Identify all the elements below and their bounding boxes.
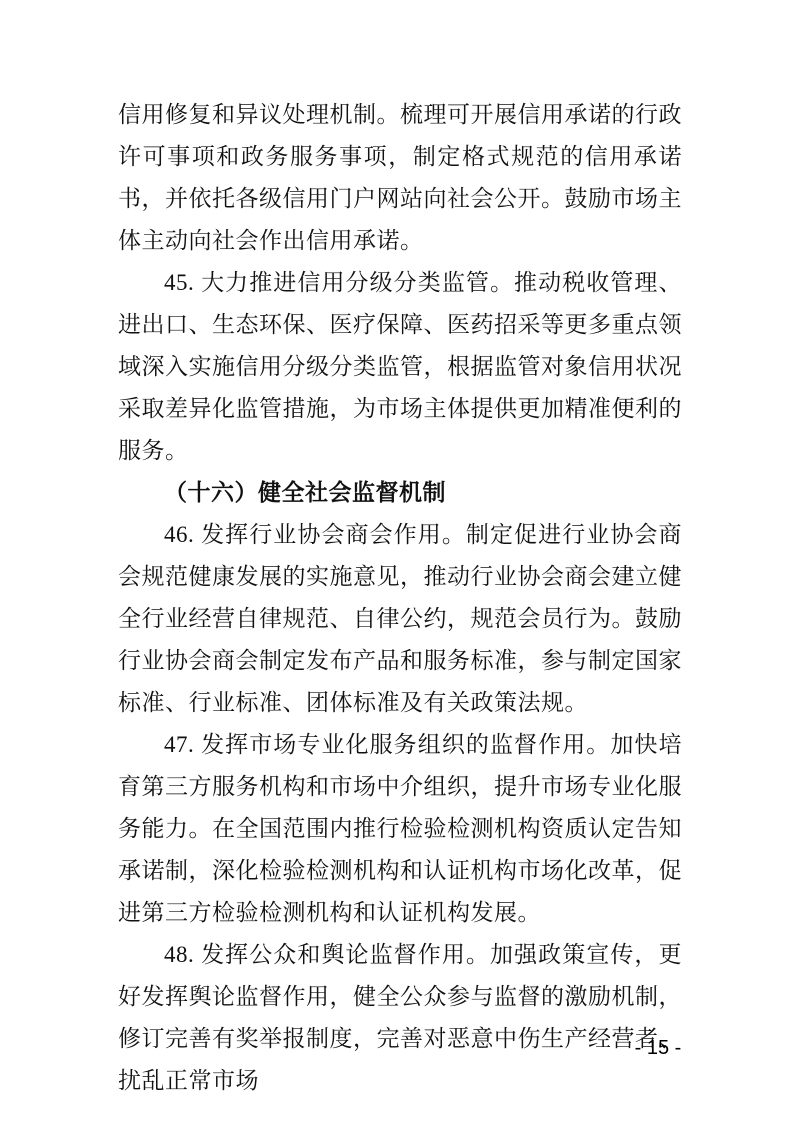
paragraph-item-46: 46. 发挥行业协会商会作用。制定促进行业协会商会规范健康发展的实施意见，推动行… — [118, 514, 682, 724]
paragraph-44-continuation: 信用修复和异议处理机制。梳理可开展信用承诺的行政许可事项和政务服务事项，制定格式… — [118, 94, 682, 262]
section-heading-16: （十六）健全社会监督机制 — [118, 472, 682, 514]
page-number: - 15 - — [618, 1036, 698, 1060]
document-page: 信用修复和异议处理机制。梳理可开展信用承诺的行政许可事项和政务服务事项，制定格式… — [0, 0, 800, 1131]
paragraph-item-47: 47. 发挥市场专业化服务组织的监督作用。加快培育第三方服务机构和市场中介组织，… — [118, 724, 682, 934]
paragraph-item-45: 45. 大力推进信用分级分类监管。推动税收管理、进出口、生态环保、医疗保障、医药… — [118, 262, 682, 472]
paragraph-item-48: 48. 发挥公众和舆论监督作用。加强政策宣传，更好发挥舆论监督作用，健全公众参与… — [118, 934, 682, 1102]
text-column: 信用修复和异议处理机制。梳理可开展信用承诺的行政许可事项和政务服务事项，制定格式… — [118, 94, 682, 1102]
